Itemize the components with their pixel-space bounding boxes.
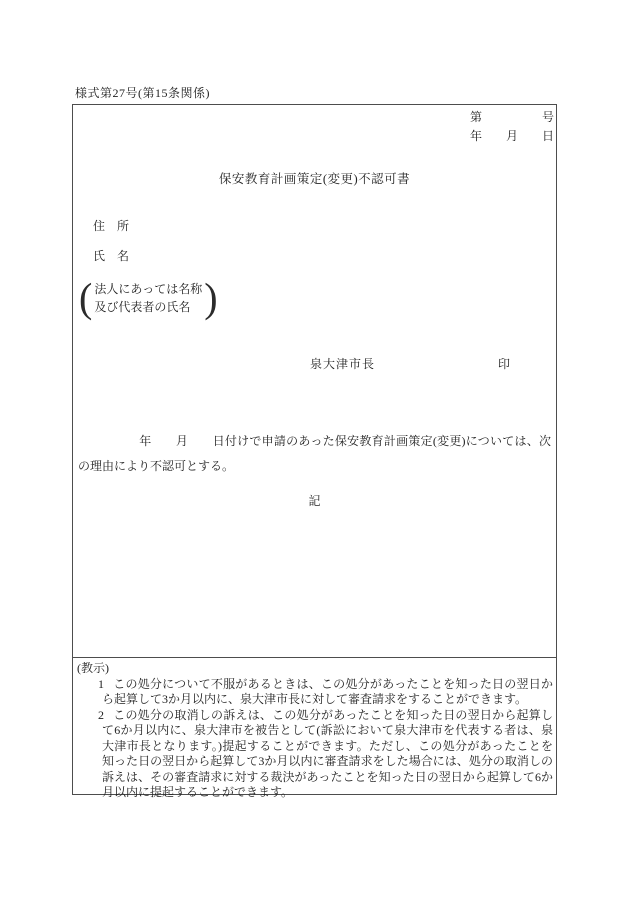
name-label: 氏 名 <box>93 247 129 264</box>
notice-section: (教示) 1この処分について不服があるときは、この処分があったことを知った日の翌… <box>77 659 553 801</box>
ki-label: 記 <box>73 492 556 509</box>
form-number-label: 様式第27号(第15条関係) <box>75 84 210 101</box>
notice-heading: (教示) <box>77 661 553 677</box>
notice-item-2-number: 2 <box>98 708 113 724</box>
document-title: 保安教育計画策定(変更)不認可書 <box>73 169 556 187</box>
notice-item-2-text: この処分の取消しの訴えは、この処分があったことを知った日の翌日から起算して6か月… <box>102 708 553 800</box>
notice-item-1-number: 1 <box>98 677 113 693</box>
seal-mark: 印 <box>498 355 510 372</box>
notice-item-2: 2この処分の取消しの訴えは、この処分があったことを知った日の翌日から起算して6か… <box>77 708 553 801</box>
document-page: 様式第27号(第15条関係) 第 号 年 月 日 保安教育計画策定(変更)不認可… <box>0 0 630 915</box>
document-number-line: 第 号 <box>470 108 554 125</box>
issuer-name: 泉大津市長 <box>310 355 375 372</box>
corporate-note-lines: 法人にあっては名称 及び代表者の氏名 <box>94 280 202 316</box>
section-divider <box>73 657 556 658</box>
notice-item-1: 1この処分について不服があるときは、この処分があったことを知った日の翌日から起算… <box>77 677 553 708</box>
notice-item-1-text: この処分について不服があるときは、この処分があったことを知った日の翌日から起算し… <box>102 677 553 707</box>
address-label: 住 所 <box>93 217 129 234</box>
right-bracket: ) <box>204 278 217 319</box>
body-paragraph: 年 月 日付けで申請のあった保安教育計画策定(変更)については、次の理由により不… <box>78 429 551 479</box>
issuer-row: 泉大津市長 印 <box>73 355 556 371</box>
document-date-line: 年 月 日 <box>470 127 554 144</box>
left-bracket: ( <box>79 278 92 319</box>
corporate-note: ( 法人にあっては名称 及び代表者の氏名 ) <box>79 278 218 318</box>
document-border-box: 第 号 年 月 日 保安教育計画策定(変更)不認可書 住 所 氏 名 ( 法人に… <box>72 104 557 795</box>
corporate-note-line-1: 法人にあっては名称 <box>94 280 202 298</box>
corporate-note-line-2: 及び代表者の氏名 <box>94 298 202 316</box>
